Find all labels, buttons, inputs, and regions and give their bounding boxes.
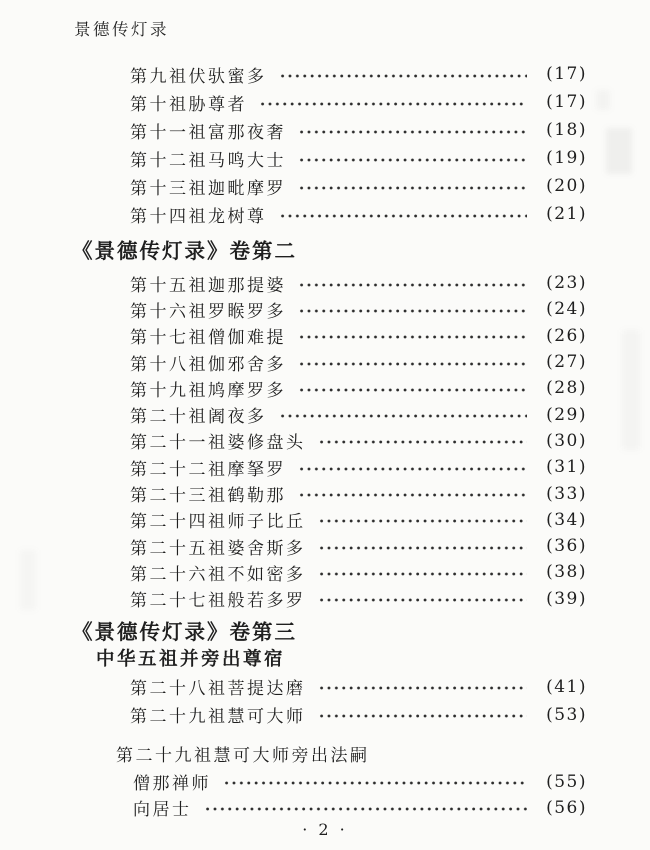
toc-entry-title: 第十六祖罗睺罗多	[130, 297, 286, 322]
toc-entry-title: 第十四祖龙树尊	[130, 202, 267, 227]
dotted-leader	[298, 487, 527, 503]
dotted-leader	[318, 680, 528, 696]
dotted-leader	[279, 208, 528, 224]
toc-entry-title: 第十一祖富那夜奢	[130, 118, 286, 143]
toc-entry-title: 僧那禅师	[133, 769, 211, 794]
toc-entry: 第二十三祖鹤勒那 (33)	[130, 480, 587, 506]
scan-artifact	[606, 128, 632, 174]
toc-entry: 第十三祖迦毗摩罗 (20)	[130, 172, 587, 200]
toc-entry-page: (26)	[535, 326, 587, 346]
scan-artifact	[20, 550, 36, 610]
toc-entry-title: 第九祖伏驮蜜多	[130, 62, 267, 87]
toc-entry: 第二十八祖菩提达磨 (41)	[130, 673, 587, 701]
dotted-leader	[318, 540, 528, 556]
toc-entry-title: 第十祖胁尊者	[130, 90, 247, 115]
toc-entry: 僧那禅师 (55)	[133, 769, 587, 795]
toc-entry-page: (19)	[535, 148, 587, 168]
scanned-book-page: 景德传灯录 第九祖伏驮蜜多 (17) 第十祖胁尊者 (17) 第十一祖富那夜奢 …	[0, 0, 650, 850]
toc-entry: 第十祖胁尊者 (17)	[130, 88, 587, 116]
dotted-leader	[318, 592, 528, 608]
volume3-heading: 《景德传灯录》卷第三	[72, 617, 587, 647]
scan-artifact	[596, 90, 610, 110]
toc-entry-page: (23)	[535, 273, 587, 293]
toc-entry: 第十四祖龙树尊 (21)	[130, 200, 587, 228]
toc-entry-title: 第二十九祖慧可大师	[130, 702, 306, 727]
dotted-leader	[298, 382, 527, 398]
toc-entry-title: 第二十三祖鹤勒那	[130, 481, 286, 506]
toc-entry-title: 第二十五祖婆舍斯多	[130, 534, 306, 559]
dotted-leader	[279, 68, 528, 84]
volume3-subheading: 中华五祖并旁出尊宿	[96, 647, 587, 673]
toc-entry: 第十八祖伽邪舍多 (27)	[130, 349, 587, 375]
branch-heading: 第二十九祖慧可大师旁出法嗣	[116, 743, 587, 769]
toc-entry-page: (20)	[535, 176, 587, 196]
toc-entry-title: 第十三祖迦毗摩罗	[130, 174, 286, 199]
toc-entry-page: (38)	[535, 562, 587, 582]
toc-entry: 第二十祖阇夜多 (29)	[130, 401, 587, 427]
dotted-leader	[298, 356, 527, 372]
toc-entry-page: (39)	[535, 589, 587, 609]
toc-entry: 第十一祖富那夜奢 (18)	[130, 116, 587, 144]
toc-entry-title: 第二十六祖不如密多	[130, 560, 306, 585]
toc-group-volume2: 第十五祖迦那提婆 (23) 第十六祖罗睺罗多 (24) 第十七祖僧伽难提 (26…	[72, 270, 587, 612]
toc-entry-title: 第十五祖迦那提婆	[130, 271, 286, 296]
toc-entry-page: (30)	[535, 431, 587, 451]
toc-entry-page: (55)	[535, 772, 587, 792]
toc-group-volume3: 第二十八祖菩提达磨 (41) 第二十九祖慧可大师 (53)	[72, 673, 587, 729]
dotted-leader	[298, 277, 527, 293]
toc-entry-page: (36)	[535, 536, 587, 556]
running-header: 景德传灯录	[74, 16, 587, 40]
toc-entry: 第二十九祖慧可大师 (53)	[130, 701, 587, 729]
toc-entry-page: (28)	[535, 378, 587, 398]
toc-group-branch: 僧那禅师 (55) 向居士 (56)	[72, 769, 587, 821]
toc-entry: 第十五祖迦那提婆 (23)	[130, 270, 587, 296]
scan-artifact	[622, 330, 640, 450]
toc-entry: 第二十二祖摩拏罗 (31)	[130, 454, 587, 480]
toc-entry-page: (27)	[535, 352, 587, 372]
toc-entry: 第二十七祖般若多罗 (39)	[130, 586, 587, 612]
toc-entry-page: (18)	[535, 120, 587, 140]
toc-entry: 第二十五祖婆舍斯多 (36)	[130, 533, 587, 559]
dotted-leader	[318, 513, 528, 529]
page-number-footer: · 2 ·	[0, 820, 650, 839]
toc-entry-title: 第二十八祖菩提达磨	[130, 674, 306, 699]
dotted-leader	[298, 303, 527, 319]
toc-entry-title: 第十七祖僧伽难提	[130, 323, 286, 348]
toc-entry: 第十六祖罗睺罗多 (24)	[130, 296, 587, 322]
dotted-leader	[318, 708, 528, 724]
dotted-leader	[298, 180, 527, 196]
toc-entry-title: 第二十四祖师子比丘	[130, 507, 306, 532]
dotted-leader	[279, 408, 528, 424]
toc-entry-title: 第二十二祖摩拏罗	[130, 455, 286, 480]
toc-entry: 第九祖伏驮蜜多 (17)	[130, 60, 587, 88]
toc-entry-page: (17)	[535, 92, 587, 112]
toc-entry-page: (24)	[535, 299, 587, 319]
toc-entry-page: (53)	[535, 705, 587, 725]
dotted-leader	[298, 124, 527, 140]
toc-entry-page: (34)	[535, 510, 587, 530]
dotted-leader	[223, 775, 527, 791]
toc-entry-title: 第十八祖伽邪舍多	[130, 350, 286, 375]
toc-entry: 第十二祖马鸣大士 (19)	[130, 144, 587, 172]
toc-entry-page: (17)	[535, 64, 587, 84]
toc-entry: 第十七祖僧伽难提 (26)	[130, 323, 587, 349]
toc-entry: 第二十六祖不如密多 (38)	[130, 559, 587, 585]
toc-entry: 第二十四祖师子比丘 (34)	[130, 507, 587, 533]
toc-entry-title: 第十九祖鸠摩罗多	[130, 376, 286, 401]
toc-entry-page: (56)	[535, 798, 587, 818]
toc-entry-title: 第二十七祖般若多罗	[130, 586, 306, 611]
toc-entry-page: (21)	[535, 204, 587, 224]
toc-group-volume1: 第九祖伏驮蜜多 (17) 第十祖胁尊者 (17) 第十一祖富那夜奢 (18) 第…	[72, 60, 587, 228]
dotted-leader	[318, 566, 528, 582]
toc-entry-page: (33)	[535, 484, 587, 504]
toc-entry-title: 第二十祖阇夜多	[130, 402, 267, 427]
toc-entry-page: (29)	[535, 405, 587, 425]
dotted-leader	[204, 801, 528, 817]
toc-entry: 第二十一祖婆修盘头 (30)	[130, 428, 587, 454]
toc-entry: 第十九祖鸠摩罗多 (28)	[130, 375, 587, 401]
dotted-leader	[298, 329, 527, 345]
toc-entry-title: 第十二祖马鸣大士	[130, 146, 286, 171]
dotted-leader	[298, 152, 527, 168]
toc-entry-page: (41)	[535, 677, 587, 697]
toc-entry-page: (31)	[535, 457, 587, 477]
dotted-leader	[298, 461, 527, 477]
dotted-leader	[259, 96, 527, 112]
toc-entry-title: 第二十一祖婆修盘头	[130, 428, 306, 453]
dotted-leader	[318, 434, 528, 450]
toc-entry-title: 向居士	[133, 795, 192, 820]
volume2-heading: 《景德传灯录》卷第二	[72, 236, 587, 266]
toc-entry: 向居士 (56)	[133, 795, 587, 821]
